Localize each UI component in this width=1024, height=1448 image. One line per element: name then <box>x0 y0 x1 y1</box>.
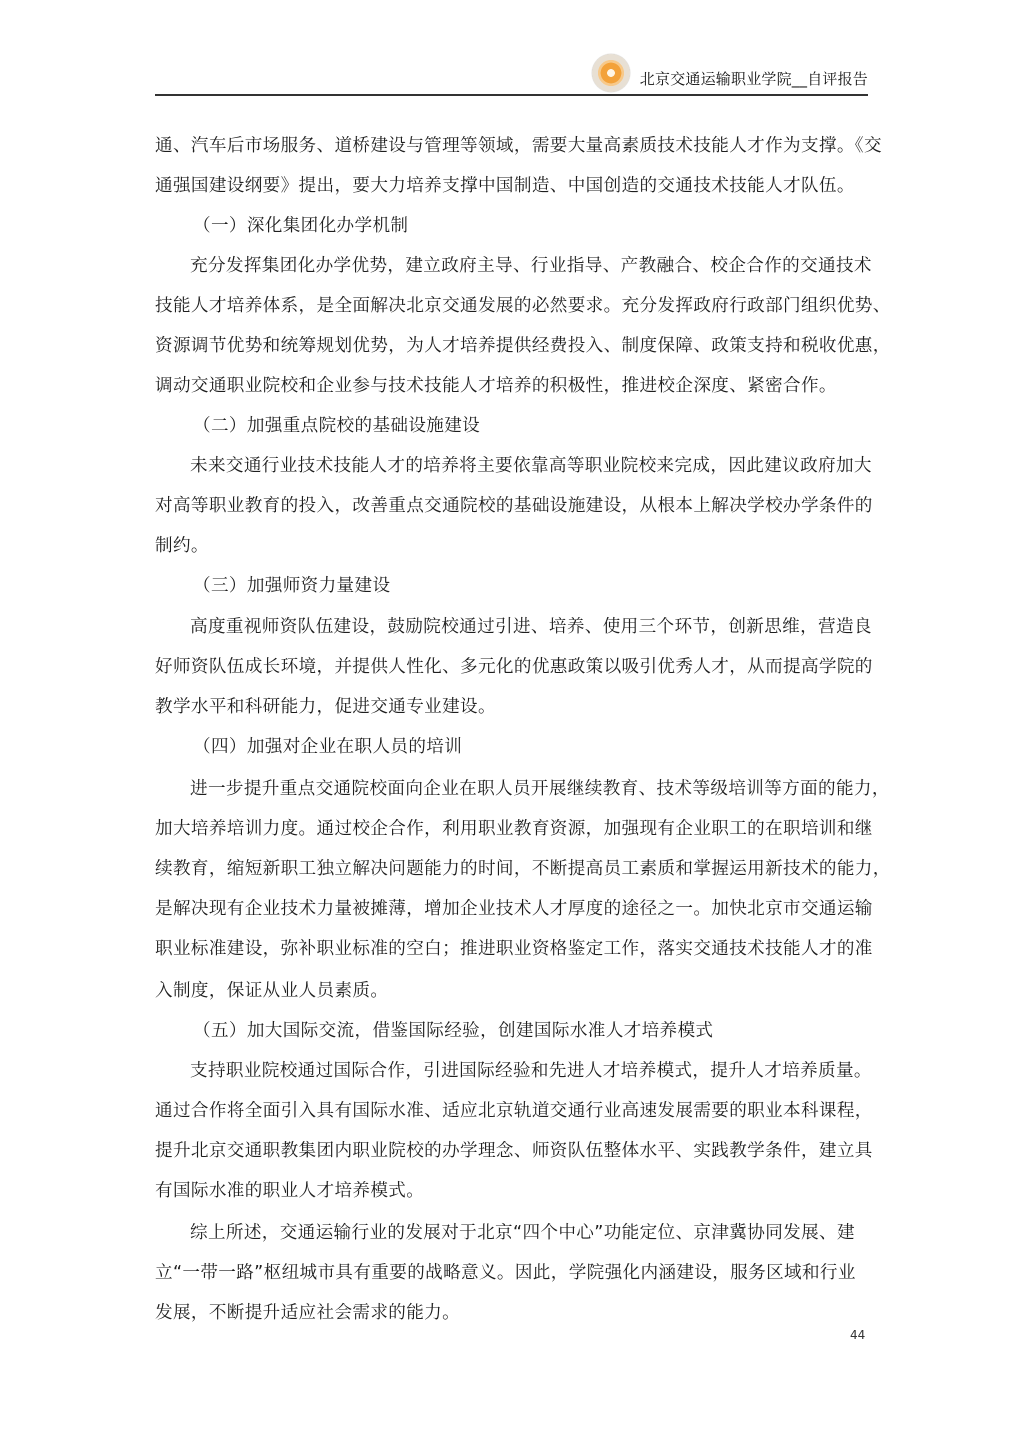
section-heading: （三）加强师资力量建设 <box>193 566 390 606</box>
text-line: 续教育，缩短新职工独立解决问题能力的时间，不断提高员工素质和掌握运用新技术的能力… <box>155 849 891 889</box>
page-header: 北京交通运输职业学院__自评报告 <box>155 52 868 96</box>
text-line: 进一步提升重点交通院校面向企业在职人员开展继续教育、技术等级培训等方面的能力， <box>190 769 890 809</box>
header-divider <box>155 94 868 96</box>
text-line: 是解决现有企业技术力量被摊薄，增加企业技术人才厚度的途径之一。加快北京市交通运输 <box>155 889 873 929</box>
text-line: 提升北京交通职教集团内职业院校的办学理念、师资队伍整体水平、实践教学条件，建立具 <box>155 1131 873 1171</box>
text-line: 通、汽车后市场服务、道桥建设与管理等领域，需要大量高素质技术技能人才作为支撑。《… <box>155 126 882 166</box>
text-line: 制约。 <box>155 526 209 566</box>
section-heading: （二）加强重点院校的基础设施建设 <box>193 406 480 446</box>
text-line: 加大培养培训力度。通过校企合作，利用职业教育资源，加强现有企业职工的在职培训和继 <box>155 809 873 849</box>
page-number: 44 <box>850 1327 865 1343</box>
section-heading: （一）深化集团化办学机制 <box>193 206 408 246</box>
text-line: 对高等职业教育的投入，改善重点交通院校的基础设施建设，从根本上解决学校办学条件的 <box>155 486 873 526</box>
text-line: 高度重视师资队伍建设，鼓励院校通过引进、培养、使用三个环节，创新思维，营造良 <box>190 607 872 647</box>
text-line: 综上所述，交通运输行业的发展对于北京“四个中心”功能定位、京津冀协同发展、建 <box>190 1213 855 1253</box>
text-line: 通过合作将全面引入具有国际水准、适应北京轨道交通行业高速发展需要的职业本科课程， <box>155 1091 873 1131</box>
text-line: 有国际水准的职业人才培养模式。 <box>155 1171 424 1211</box>
text-line: 充分发挥集团化办学优势，建立政府主导、行业指导、产教融合、校企合作的交通技术 <box>190 246 872 286</box>
text-line: 职业标准建设，弥补职业标准的空白；推进职业资格鉴定工作，落实交通技术技能人才的准 <box>155 929 873 969</box>
text-line: 教学水平和科研能力，促进交通专业建设。 <box>155 687 496 727</box>
text-line: 通强国建设纲要》提出，要大力培养支撑中国制造、中国创造的交通技术技能人才队伍。 <box>155 166 855 206</box>
text-line: 入制度，保证从业人员素质。 <box>155 971 388 1011</box>
text-line: 技能人才培养体系，是全面解决北京交通发展的必然要求。充分发挥政府行政部门组织优势… <box>155 286 891 326</box>
section-heading: （五）加大国际交流，借鉴国际经验，创建国际水准人才培养模式 <box>193 1011 713 1051</box>
header-title: 北京交通运输职业学院__自评报告 <box>640 69 868 89</box>
text-line: 好师资队伍成长环境，并提供人性化、多元化的优惠政策以吸引优秀人才，从而提高学院的 <box>155 647 873 687</box>
college-emblem-icon <box>592 54 630 92</box>
text-line: 立“一带一路”枢纽城市具有重要的战略意义。因此，学院强化内涵建设，服务区域和行业 <box>155 1253 856 1293</box>
text-line: 发展，不断提升适应社会需求的能力。 <box>155 1293 460 1333</box>
text-line: 资源调节优势和统筹规划优势，为人才培养提供经费投入、制度保障、政策支持和税收优惠… <box>155 326 891 366</box>
text-line: 调动交通职业院校和企业参与技术技能人才培养的积极性，推进校企深度、紧密合作。 <box>155 366 837 406</box>
text-line: 未来交通行业技术技能人才的培养将主要依靠高等职业院校来完成，因此建议政府加大 <box>190 446 872 486</box>
section-heading: （四）加强对企业在职人员的培训 <box>193 727 462 767</box>
text-line: 支持职业院校通过国际合作，引进国际经验和先进人才培养模式，提升人才培养质量。 <box>190 1051 872 1091</box>
